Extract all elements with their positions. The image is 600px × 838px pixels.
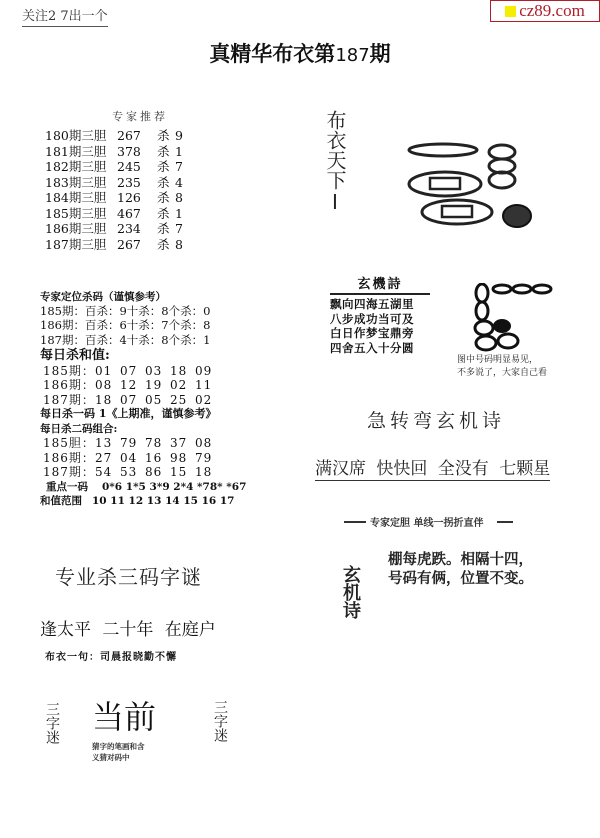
xuanji-poem-box: 玄機詩 飘向四海五湖里 八步成功当可及 白日作梦宝鼎旁 四舍五入十分圆: [330, 273, 430, 355]
sandan-kill-label: 杀: [157, 190, 175, 206]
chain-picture-icon: [470, 283, 570, 353]
hezhi-row-number: 02: [170, 378, 195, 393]
erma-row-issue: 187期：: [43, 465, 95, 480]
sandan-nums: 126: [117, 190, 157, 206]
sum-range-label: 和值范围: [40, 494, 92, 509]
erma-row-number: 16: [145, 451, 170, 466]
sandan-issue: 187期三胆: [45, 237, 117, 253]
watermark-badge[interactable]: cz89.com: [490, 0, 600, 22]
sandan-row: 182期三胆245杀7: [45, 159, 183, 175]
erma-row-number: 15: [170, 465, 195, 480]
erma-row-number: 53: [120, 465, 145, 480]
erma-row: 186期：2704169879: [40, 451, 246, 466]
erma-row-number: 13: [95, 436, 120, 451]
buyi-sentence: 布衣一句：司晨报晓勤不懈: [45, 648, 177, 663]
erma-row-number: 37: [170, 436, 195, 451]
sandan-kill-label: 杀: [157, 221, 175, 237]
hezhi-row-number: 09: [195, 364, 220, 379]
erma-row-issue: 186期：: [43, 451, 95, 466]
title-issue: 187: [335, 45, 369, 66]
sandan-issue: 181期三胆: [45, 144, 117, 160]
erma-row-number: 78: [145, 436, 170, 451]
sandan-nums: 378: [117, 144, 157, 160]
sandan-issue: 185期三胆: [45, 206, 117, 222]
watermark-text: cz89.com: [519, 1, 585, 21]
daily-section: 每日杀和值: 185期：0107031809186期：0812190211187…: [40, 349, 246, 509]
xuanji-line: 棚每虎跌。相隔十四，: [388, 550, 533, 569]
erma-row-number: 54: [95, 465, 120, 480]
hezhi-title: 每日杀和值:: [40, 349, 246, 364]
sandan-heading: 专家推荐: [112, 108, 168, 124]
hezhi-row-issue: 185期：: [43, 364, 95, 379]
title-prefix: 真精华布衣第: [209, 42, 335, 66]
sandan-row: 186期三胆234杀7: [45, 221, 183, 237]
key-code-row: 重点一码0*6 1*5 3*9 2*4 *78* *67: [40, 480, 246, 495]
buyi-tianxia-vertical: 布衣天下I: [323, 110, 347, 214]
key-code-label: 重点一码: [46, 480, 102, 495]
chain-note-line: 图中号码明显易见，: [457, 354, 547, 367]
sum-range-row: 和值范围10 11 12 13 14 15 16 17: [40, 494, 246, 509]
three-char-riddle-label-left: 三字迷: [44, 702, 60, 744]
kill-three-riddle-title: 专业杀三码字谜: [55, 561, 202, 590]
sandan-kill: 1: [175, 206, 183, 222]
hezhi-row-number: 08: [95, 378, 120, 393]
hezhi-row: 185期：0107031809: [40, 364, 246, 379]
hezhi-row-number: 05: [145, 393, 170, 408]
brain-teaser-poem-title: 急转弯玄机诗: [367, 406, 505, 433]
hezhi-row: 186期：0812190211: [40, 378, 246, 393]
expert-dan-line: 专家定胆 单线一拐折直伴: [340, 514, 517, 529]
sandan-kill-label: 杀: [157, 237, 175, 253]
dash-left: [344, 521, 366, 523]
sandan-list: 180期三胆267杀9181期三胆378杀1182期三胆245杀7183期三胆2…: [45, 128, 183, 252]
hezhi-row-number: 18: [170, 364, 195, 379]
hezhi-row-number: 19: [145, 378, 170, 393]
xuanji-poem-text: 棚每虎跌。相隔十四， 号码有俩，位置不变。: [388, 550, 533, 588]
erma-title: 每日杀二码组合:: [40, 422, 246, 437]
coins-picture-icon: [405, 140, 535, 230]
riddle-hint: 猜字的笔画和含义猜对码中: [92, 741, 150, 763]
erma-row-number: 18: [195, 465, 220, 480]
sandan-issue: 184期三胆: [45, 190, 117, 206]
poem-line: 八步成功当可及: [330, 312, 430, 327]
sandan-nums: 245: [117, 159, 157, 175]
sandan-kill-label: 杀: [157, 144, 175, 160]
sandan-nums: 235: [117, 175, 157, 191]
sandan-kill-label: 杀: [157, 175, 175, 191]
sandan-kill-label: 杀: [157, 159, 175, 175]
yima-line: 每日杀一码 1《上期准，谨慎参考》: [40, 407, 246, 422]
riddle-line: 逢太平 二十年 在庭户: [40, 615, 216, 640]
hezhi-row-number: 01: [95, 364, 120, 379]
erma-row-number: 04: [120, 451, 145, 466]
key-code-values: 0*6 1*5 3*9 2*4 *78* *67: [102, 481, 246, 493]
xuanji-poem-vertical: 玄机诗: [337, 565, 364, 619]
erma-row-number: 79: [195, 451, 220, 466]
chain-note: 图中号码明显易见， 不多说了，大家自己看: [457, 354, 547, 380]
chain-note-line: 不多说了，大家自己看: [457, 367, 547, 380]
hezhi-row-number: 11: [195, 378, 220, 393]
sandan-kill: 8: [175, 190, 183, 206]
sandan-kill: 1: [175, 144, 183, 160]
poem-line: 白日作梦宝鼎旁: [330, 326, 430, 341]
hezhi-row: 187期：1807052502: [40, 393, 246, 408]
sandan-kill: 7: [175, 159, 183, 175]
yellow-square-icon: [505, 6, 516, 17]
hezhi-row-number: 18: [95, 393, 120, 408]
title-suffix: 期: [370, 42, 391, 66]
sum-range-values: 10 11 12 13 14 15 16 17: [92, 495, 234, 507]
hezhi-row-number: 12: [120, 378, 145, 393]
sandan-row: 185期三胆467杀1: [45, 206, 183, 222]
sandan-nums: 467: [117, 206, 157, 222]
poem-title: 玄機詩: [330, 273, 430, 295]
riddle-word: 当前: [92, 692, 156, 738]
expert-kill-section: 专家定位杀码（谨慎参考） 185期：百杀：9十杀：8个杀：0 186期：百杀：6…: [40, 290, 210, 347]
header-note: 关注2 7出一个: [22, 9, 108, 27]
sandan-nums: 267: [117, 128, 157, 144]
sandan-issue: 180期三胆: [45, 128, 117, 144]
hezhi-row-number: 25: [170, 393, 195, 408]
erma-row: 187期：5453861518: [40, 465, 246, 480]
sandan-kill: 4: [175, 175, 183, 191]
expert-kill-row: 186期：百杀：6十杀：7个杀：8: [40, 318, 210, 332]
sandan-row: 181期三胆378杀1: [45, 144, 183, 160]
sandan-kill: 7: [175, 221, 183, 237]
hezhi-row-issue: 187期：: [43, 393, 95, 408]
dash-right: [497, 521, 513, 523]
sandan-kill: 8: [175, 237, 183, 253]
sandan-issue: 186期三胆: [45, 221, 117, 237]
sandan-kill-label: 杀: [157, 128, 175, 144]
sandan-issue: 183期三胆: [45, 175, 117, 191]
erma-row-number: 08: [195, 436, 220, 451]
xuanji-line: 号码有俩，位置不变。: [388, 569, 533, 588]
three-char-riddle-label-right: 三字迷: [212, 700, 228, 742]
sandan-kill-label: 杀: [157, 206, 175, 222]
page-title: 真精华布衣第187期: [0, 38, 600, 68]
sandan-row: 187期三胆267杀8: [45, 237, 183, 253]
erma-row-number: 79: [120, 436, 145, 451]
expert-kill-row: 185期：百杀：9十杀：8个杀：0: [40, 304, 210, 318]
hezhi-row-number: 03: [145, 364, 170, 379]
poem-line: 飘向四海五湖里: [330, 297, 430, 312]
hezhi-row-number: 07: [120, 393, 145, 408]
sandan-row: 180期三胆267杀9: [45, 128, 183, 144]
manhan-line: 满汉席 快快回 全没有 七颗星: [315, 458, 550, 481]
sandan-issue: 182期三胆: [45, 159, 117, 175]
expert-kill-title: 专家定位杀码（谨慎参考）: [40, 290, 210, 304]
erma-row-issue: 185胆：: [43, 436, 95, 451]
sandan-kill: 9: [175, 128, 183, 144]
sandan-nums: 234: [117, 221, 157, 237]
sandan-row: 183期三胆235杀4: [45, 175, 183, 191]
erma-row-number: 98: [170, 451, 195, 466]
expert-dan-text: 专家定胆 单线一拐折直伴: [370, 514, 483, 529]
sandan-row: 184期三胆126杀8: [45, 190, 183, 206]
erma-row-number: 86: [145, 465, 170, 480]
erma-row-number: 27: [95, 451, 120, 466]
hezhi-row-issue: 186期：: [43, 378, 95, 393]
poem-line: 四舍五入十分圆: [330, 341, 430, 356]
hezhi-row-number: 07: [120, 364, 145, 379]
hezhi-row-number: 02: [195, 393, 220, 408]
sandan-nums: 267: [117, 237, 157, 253]
erma-row: 185胆：1379783708: [40, 436, 246, 451]
expert-kill-row: 187期：百杀：4十杀：8个杀：1: [40, 333, 210, 347]
